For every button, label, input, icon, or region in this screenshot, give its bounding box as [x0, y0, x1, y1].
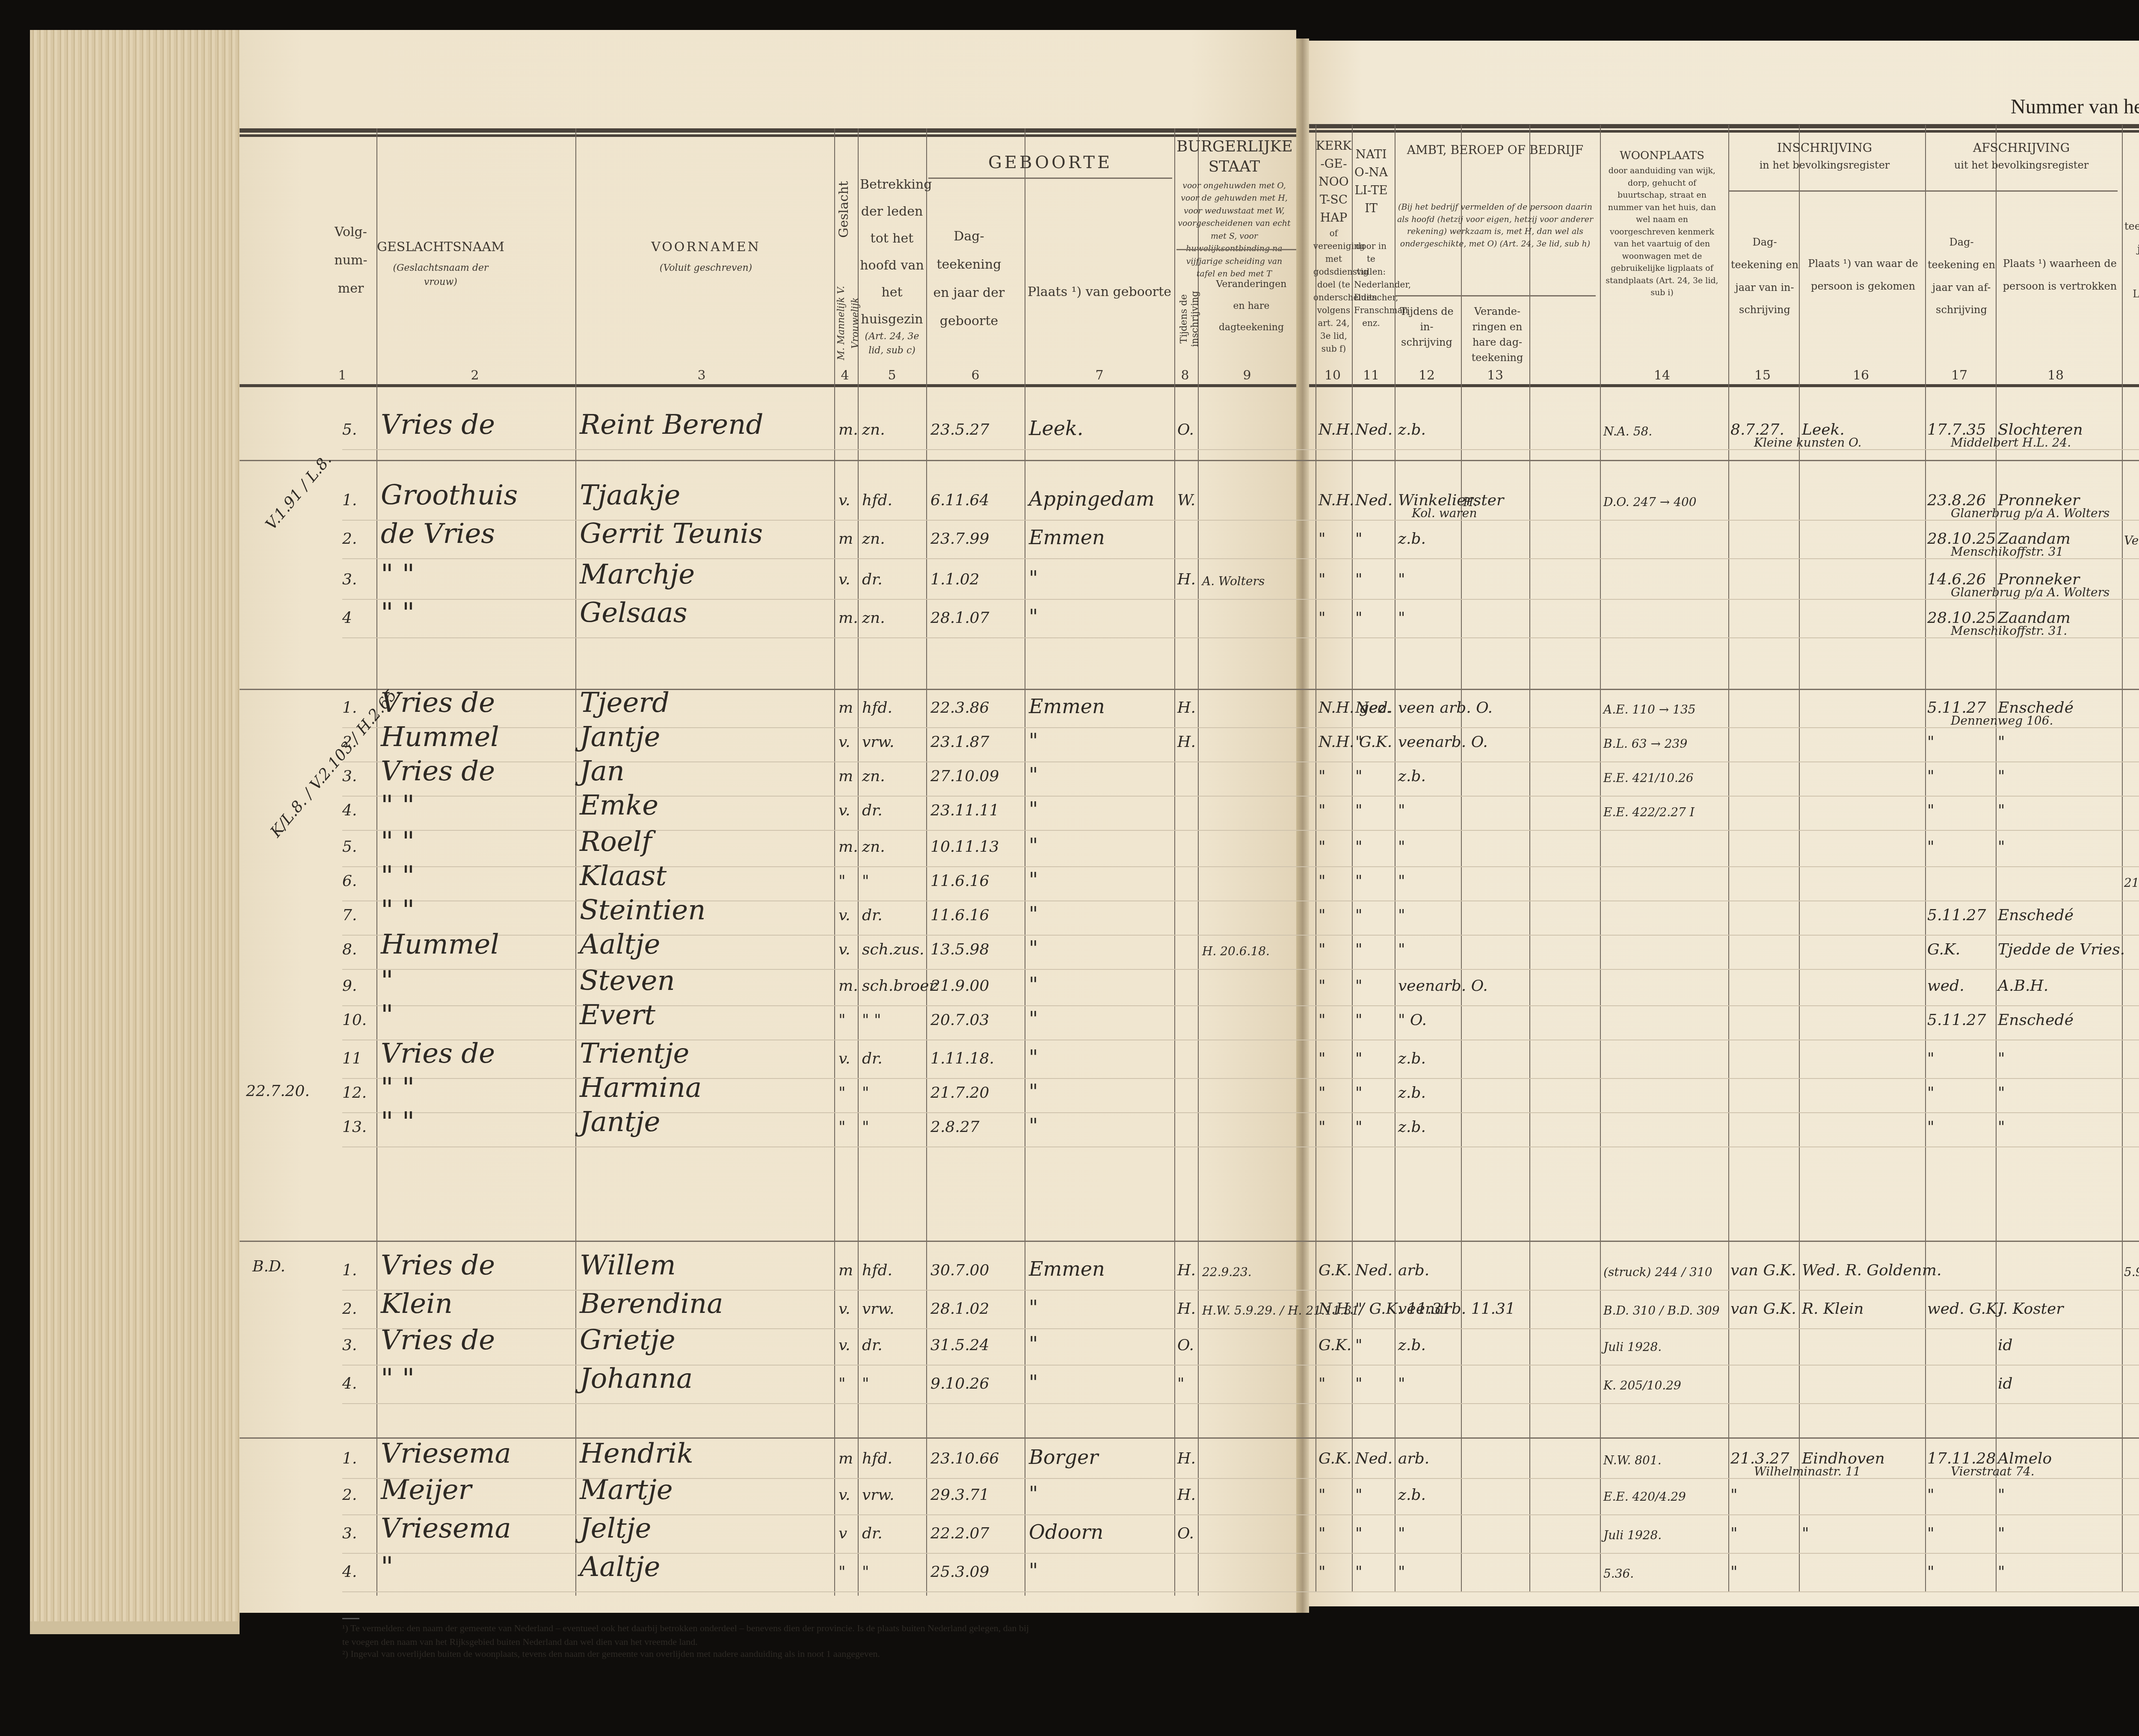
row-ruling: [342, 1591, 2139, 1592]
cell-beroep: ": [1398, 1563, 1405, 1581]
header-voornamen-sub: (Voluit geschreven): [578, 261, 834, 275]
cell-kerk: ": [1318, 571, 1326, 588]
cell-beroep: z.b.: [1398, 1486, 1426, 1504]
cell-geb-datum: 29.3.71: [930, 1486, 989, 1504]
cell-burg-ver: H. 20.6.18.: [1202, 944, 1270, 958]
cell-voornamen: Tjaakje: [580, 480, 680, 511]
cell-geslacht: ": [838, 1563, 846, 1581]
cell-betrekking: dr.: [862, 571, 883, 588]
cell-beroep: arb.: [1398, 1262, 1429, 1279]
header-top-rule-left: [240, 128, 1296, 137]
cell-woon: E.E. 421/10.26: [1603, 771, 1694, 785]
cell-geb-plaats: ": [1029, 834, 1038, 857]
cell-burg: H.: [1177, 699, 1196, 717]
cell-geslacht: ": [838, 1011, 846, 1029]
cell-geslacht: m.: [838, 838, 858, 856]
cell-nr: 1.: [342, 492, 357, 509]
cell-nr: 3.: [342, 571, 357, 588]
cell-geb-plaats: ": [1029, 1080, 1038, 1103]
cell-woon: N.W. 801.: [1603, 1453, 1662, 1467]
cell-achternaam: Groothuis: [381, 480, 518, 511]
cell-betrekking: ": [862, 1375, 869, 1392]
cell-nat: ": [1355, 1300, 1363, 1318]
cell-nat: ": [1355, 977, 1363, 995]
cell-geb-datum: 27.10.09: [930, 767, 999, 785]
cell-voornamen: Aaltje: [580, 929, 660, 960]
cell-voornamen: Grietje: [580, 1324, 675, 1356]
cell-nr: 7.: [342, 907, 357, 924]
cell-kerk: N.H.: [1318, 421, 1354, 438]
cell-burg-ver: A. Wolters: [1202, 574, 1265, 588]
cell-burg: ": [1177, 1375, 1185, 1392]
cell-kerk: ": [1318, 1050, 1326, 1067]
cell-betrekking: " ": [862, 1011, 881, 1029]
cell-geb-plaats: ": [1029, 797, 1038, 821]
cell-geb-plaats: ": [1029, 763, 1038, 786]
cell-betrekking: dr.: [862, 1336, 883, 1354]
cell-achternaam: Vriesema: [381, 1513, 511, 1544]
cell-woon: 5.36.: [1603, 1567, 1634, 1581]
cell-geslacht: v.: [838, 907, 850, 924]
cell-beroep: z.b.: [1398, 1118, 1426, 1136]
cell-kerk: ": [1318, 1118, 1326, 1136]
cell-afsch-datum: ": [1927, 733, 1935, 751]
cell-kerk: ": [1318, 977, 1326, 995]
header-geslacht-sub: M. Mannelijk V. Vrouwelijk: [834, 274, 856, 372]
header-volgnummer: Volg- num- mer: [325, 218, 376, 303]
header-bottom-rule-right: [1309, 384, 2139, 387]
cell-geb-plaats: ": [1029, 566, 1038, 590]
cell-afsch-extra: Vierstraat 74.: [1951, 1464, 2035, 1478]
cell-geslacht: m.: [838, 609, 858, 627]
insch-afsch-subrule: [1728, 190, 2118, 192]
cell-nat: ": [1355, 1011, 1363, 1029]
header-ambt: AMBT, BEROEP OF BEDRIJF: [1395, 141, 1596, 159]
cell-insch-extra: Kleine kunsten O.: [1754, 435, 1861, 450]
cell-afsch-plaats: ": [1998, 1486, 2005, 1504]
header-geboorte: GEBOORTE: [928, 150, 1172, 175]
cell-afsch-plaats: ": [1998, 1563, 2005, 1581]
cell-geb-datum: 13.5.98: [930, 941, 989, 958]
cell-afsch-plaats: ": [1998, 733, 2005, 751]
burg-subrule: [1176, 249, 1296, 250]
cell-nat: Ned.: [1355, 492, 1392, 509]
cell-beroep: ": [1398, 1375, 1405, 1392]
cell-geb-datum: 23.7.99: [930, 530, 989, 548]
cell-beroep: z.b.: [1398, 767, 1426, 785]
column-number: 13: [1482, 368, 1508, 383]
cell-burg: W.: [1177, 492, 1195, 509]
cell-geb-datum: 20.7.03: [930, 1011, 989, 1029]
column-number: 12: [1414, 368, 1440, 383]
header-burg-veranderingen: Veranderingen en hare dagteekening: [1211, 274, 1292, 339]
cell-geb-datum: 31.5.24: [930, 1336, 989, 1354]
cell-geb-datum: 1.11.18.: [930, 1050, 994, 1067]
column-divider: [1728, 125, 1729, 1592]
cell-betrekking: hfd.: [862, 1262, 892, 1279]
cell-geb-plaats: ": [1029, 1482, 1038, 1505]
cell-nr: 3.: [342, 1525, 357, 1542]
cell-geslacht: m: [838, 530, 853, 548]
cell-betrekking: dr.: [862, 1525, 883, 1542]
cell-burg-ver: 22.9.23.: [1202, 1265, 1252, 1279]
cell-nat: ": [1355, 571, 1363, 588]
cell-betrekking: vrw.: [862, 733, 895, 751]
column-number: 9: [1234, 368, 1260, 383]
cell-nr: 3.: [342, 1336, 357, 1354]
row-ruling: [342, 449, 2139, 450]
cell-geslacht: m: [838, 699, 853, 717]
cell-nr: 9.: [342, 977, 357, 995]
cell-afsch-extra: Glanerbrug p/a A. Wolters: [1951, 506, 2109, 520]
book-gutter: [1296, 39, 1309, 1613]
header-burg-tijdens: Tijdens de inschrijving: [1179, 265, 1204, 372]
cell-afsch-datum: wed.: [1927, 977, 1964, 995]
header-kerkgenootschap-sub: of vereeniging met godsdienstig doel (te…: [1313, 227, 1354, 355]
cell-geb-plaats: ": [1029, 973, 1038, 996]
cell-woon: A.E. 110 → 135: [1603, 702, 1696, 717]
cell-nr: 5.: [342, 838, 357, 856]
header-inschrijving-dag: Dag-teekening en jaar van in-schrijving: [1728, 231, 1801, 321]
column-number: 18: [2043, 368, 2068, 383]
cell-afsch-plaats: ": [1998, 1525, 2005, 1542]
cell-voornamen: Gerrit Teunis: [580, 518, 763, 550]
cell-afsch-plaats: id: [1998, 1336, 2013, 1354]
cell-achternaam: Vries de: [381, 755, 495, 787]
cell-geslacht: ": [838, 1118, 846, 1136]
cell-nat: ": [1355, 1050, 1363, 1067]
cell-geb-plaats: ": [1029, 1046, 1038, 1069]
cell-geb-plaats: ": [1029, 868, 1038, 891]
cell-nr: 1.: [342, 699, 357, 717]
header-burgerlijke-staat: BURGERLIJKE STAAT: [1176, 137, 1292, 177]
cell-beroep: ": [1398, 941, 1405, 958]
header-voornamen: VOORNAMEN: [578, 237, 834, 257]
column-divider: [926, 128, 927, 1596]
household-separator-1: [240, 460, 2139, 461]
cell-afsch-datum: ": [1927, 838, 1935, 856]
cell-betrekking: ": [862, 1563, 869, 1581]
cell-nr: 4: [342, 609, 352, 627]
header-kerkgenootschap: KERK-GE-NOOT-SCHAP: [1315, 137, 1352, 227]
cell-woon: B.D. 310 / B.D. 309: [1603, 1303, 1720, 1318]
cell-burg: H.: [1177, 1300, 1196, 1318]
cell-afsch-plaats: id: [1998, 1375, 2013, 1392]
cell-geb-datum: 22.3.86: [930, 699, 989, 717]
cell-woon: E.E. 422/2.27 I: [1603, 805, 1695, 819]
cell-nat: ": [1355, 802, 1363, 819]
cell-beroep: z.b.: [1398, 421, 1426, 438]
header-bottom-rule-left: [240, 384, 1296, 387]
cell-kerk: G.K.: [1318, 1336, 1351, 1354]
cell-geslacht: m: [838, 1262, 853, 1279]
cell-woon: N.A. 58.: [1603, 424, 1652, 438]
cell-kerk: ": [1318, 1525, 1326, 1542]
cell-geb-datum: 28.1.02: [930, 1300, 989, 1318]
column-number: 16: [1848, 368, 1874, 383]
cell-achternaam: " ": [381, 559, 415, 590]
cell-geb-plaats: ": [1029, 1296, 1038, 1319]
cell-geb-plaats: ": [1029, 1114, 1038, 1137]
cell-achternaam: Vriesema: [381, 1438, 511, 1469]
cell-betrekking: ": [862, 1118, 869, 1136]
cell-afsch-datum: ": [1927, 1525, 1935, 1542]
cell-burg: O.: [1177, 421, 1194, 438]
column-number: 1: [329, 368, 355, 383]
cell-afsch-plaats: Enschedé: [1998, 1011, 2074, 1029]
cell-afsch-datum: G.K.: [1927, 941, 1960, 958]
cell-geb-datum: 30.7.00: [930, 1262, 989, 1279]
cell-geb-datum: 28.1.07: [930, 609, 989, 627]
cell-kerk: G.K.: [1318, 1262, 1351, 1279]
cell-achternaam: Hummel: [381, 929, 499, 960]
cell-achternaam: " ": [381, 790, 415, 821]
cell-geb-plaats: ": [1029, 729, 1038, 752]
header-ambt-veranderingen: Verande-ringen en hare dag-teekening: [1463, 304, 1532, 365]
cell-kerk: ": [1318, 1375, 1326, 1392]
cell-voornamen: Roelf: [580, 826, 652, 858]
column-number: 6: [963, 368, 988, 383]
cell-kerk: ": [1318, 1084, 1326, 1102]
cell-geslacht: ": [838, 1084, 846, 1102]
cell-beroep: ": [1398, 802, 1405, 819]
cell-beroep: veenarb. O.: [1398, 977, 1488, 995]
cell-woon: (struck) 244 / 310: [1603, 1265, 1712, 1279]
cell-voornamen: Klaast: [580, 860, 667, 892]
cell-afsch-plaats: ": [1998, 1118, 2005, 1136]
cell-afsch-plaats: ": [1998, 1050, 2005, 1067]
header-ambt-sub: (Bij het bedrijf vermelden of de persoon…: [1397, 201, 1594, 250]
column-divider: [1461, 125, 1462, 1592]
cell-kerk: ": [1318, 767, 1326, 785]
cell-achternaam: de Vries: [381, 518, 495, 550]
cell-achternaam: " ": [381, 1106, 415, 1138]
cell-betrekking: hfd.: [862, 1450, 892, 1467]
cell-afsch-plaats: A.B.H.: [1998, 977, 2048, 995]
cell-voornamen: Aaltje: [580, 1551, 660, 1583]
cell-afsch-plaats: ": [1998, 802, 2005, 819]
cell-geb-datum: 11.6.16: [930, 907, 989, 924]
cell-nr: 2.: [342, 530, 357, 548]
cell-insch-extra: Wilhelminastr. 11: [1754, 1464, 1861, 1478]
margin-date-note: 22.7.20.: [246, 1082, 310, 1100]
cell-beroep: ": [1398, 609, 1405, 627]
column-divider: [1799, 125, 1800, 1592]
column-number: 10: [1320, 368, 1345, 383]
household-separator-4: [240, 1437, 2139, 1439]
cell-afsch-datum: ": [1927, 1118, 1935, 1136]
column-divider: [1174, 128, 1175, 1596]
cell-geb-datum: 1.1.02: [930, 571, 980, 588]
cell-afsch-datum: ": [1927, 802, 1935, 819]
cell-betrekking: hfd.: [862, 492, 892, 509]
cell-achternaam: " ": [381, 1072, 415, 1104]
column-divider: [376, 128, 377, 1596]
header-geslachtsnaam-sub: (Geslachtsnaam der vrouw): [376, 261, 505, 289]
cell-afsch-plaats: Enschedé: [1998, 907, 2074, 924]
cell-woon: Juli 1928.: [1603, 1340, 1662, 1354]
header-geslacht: Geslacht: [834, 163, 856, 257]
column-number: 2: [462, 368, 488, 383]
header-inschrijving: INSCHRIJVING: [1728, 139, 1921, 157]
cell-nr: 11: [342, 1050, 362, 1067]
cell-burg: H.: [1177, 571, 1196, 588]
cell-nr: 4.: [342, 802, 357, 819]
cell-afsch-datum: wed. G.K.: [1927, 1300, 2002, 1318]
cell-nr: 3.: [342, 767, 357, 785]
cell-geslacht: v.: [838, 941, 850, 958]
cell-woon: Juli 1928.: [1603, 1528, 1662, 1542]
cell-voornamen: Johanna: [580, 1363, 693, 1395]
cell-nat: ": [1355, 1084, 1363, 1102]
cell-voornamen: Hendrik: [580, 1438, 693, 1469]
cell-nr: 10.: [342, 1011, 367, 1029]
column-number: 5: [879, 368, 905, 383]
cell-afsch-extra: Menschikoffstr. 31.: [1951, 624, 2067, 638]
cell-voornamen: Evert: [580, 999, 655, 1031]
cell-achternaam: Meijer: [381, 1474, 471, 1506]
header-afschrijving-dag: Dag-teekening en jaar van af-schrijving: [1925, 231, 1998, 321]
cell-kerk: ": [1318, 838, 1326, 856]
cell-geslacht: v.: [838, 1050, 850, 1067]
cell-afsch-plaats: J. Koster: [1998, 1300, 2064, 1318]
cell-geslacht: m: [838, 767, 853, 785]
cell-woon: E.E. 420/4.29: [1603, 1490, 1686, 1504]
cell-beroep: z.b.: [1398, 1336, 1426, 1354]
column-number: 8: [1172, 368, 1198, 383]
book-page-stack-left: [30, 30, 240, 1634]
column-number: 15: [1750, 368, 1775, 383]
cell-betrekking: vrw.: [862, 1300, 895, 1318]
header-nationaliteit-sub: door in te vullen: Nederlander, Duitsche…: [1354, 240, 1388, 329]
cell-insch-datum: ": [1730, 1525, 1738, 1542]
cell-voornamen: Jan: [580, 755, 625, 787]
cell-achternaam: ": [381, 1551, 393, 1583]
header-geboorte-plaats: Plaats ¹) van geboorte: [1027, 278, 1172, 306]
cell-kerk: G.K.: [1318, 1450, 1351, 1467]
cell-voornamen: Reint Berend: [580, 409, 763, 441]
cell-beroep: ": [1398, 838, 1405, 856]
cell-betrekking: ": [862, 872, 869, 890]
cell-voornamen: Emke: [580, 790, 658, 821]
cell-voornamen: Steintien: [580, 895, 705, 926]
cell-nr: 12.: [342, 1084, 367, 1102]
header-afschrijving: AFSCHRIJVING: [1925, 139, 2118, 157]
cell-nat: Ned.: [1355, 699, 1392, 717]
cell-beroep-extra: Kol. waren: [1412, 506, 1477, 520]
header-geboorte-dag: Dag-teekening en jaar der geboorte: [928, 222, 1010, 335]
cell-kerk: ": [1318, 802, 1326, 819]
cell-voornamen: Jeltje: [580, 1513, 651, 1544]
cell-nat: ": [1355, 1486, 1363, 1504]
cell-voornamen: Tjeerd: [580, 687, 670, 719]
column-number: 14: [1649, 368, 1675, 383]
cell-nr: 2.: [342, 1300, 357, 1318]
cell-overl: 5.9.29.: [2124, 1265, 2139, 1279]
cell-betrekking: zn.: [862, 838, 885, 856]
column-divider: [575, 128, 576, 1596]
cell-kerk: ": [1318, 907, 1326, 924]
header-inschrijving-sub: in het bevolkingsregister: [1728, 157, 1921, 173]
column-divider: [1996, 125, 1997, 1592]
cell-nr: 4.: [342, 1563, 357, 1581]
cell-geslacht: v.: [838, 492, 850, 509]
cell-achternaam: " ": [381, 1363, 415, 1395]
header-geslachtsnaam: GESLACHTSNAAM: [376, 237, 505, 257]
cell-nr: 1.: [342, 1450, 357, 1467]
cell-nat: ": [1355, 872, 1363, 890]
cell-nat: ": [1355, 907, 1363, 924]
cell-betrekking: dr.: [862, 907, 883, 924]
cell-geb-datum: 25.3.09: [930, 1563, 989, 1581]
header-overlijden: Dag-teekening en jaar van OVER-LIJDEN ²): [2122, 193, 2139, 305]
cell-geslacht: v: [838, 1525, 847, 1542]
cell-kerk: ": [1318, 941, 1326, 958]
row-ruling: [342, 1146, 2139, 1147]
header-woonplaats: WOONPLAATS: [1600, 148, 1724, 164]
header-ambt-tijdens: Tijdens de in-schrijving: [1395, 304, 1459, 350]
cell-voornamen: Willem: [580, 1250, 676, 1281]
cell-nat: ": [1355, 767, 1363, 785]
cell-achternaam: Vries de: [381, 1250, 495, 1281]
cell-insch-datum: ": [1730, 1563, 1738, 1581]
cell-overl: Veenweg No. 297: [2124, 533, 2139, 548]
cell-burg: H.: [1177, 733, 1196, 751]
cell-geslacht: ": [838, 1375, 846, 1392]
cell-insch-plaats: Wed. R. Goldenm.: [1802, 1262, 1941, 1279]
cell-voornamen: Marchje: [580, 559, 695, 590]
cell-kerk: N.H.: [1318, 492, 1354, 509]
cell-betrekking: zn.: [862, 767, 885, 785]
cell-geslacht: v.: [838, 802, 850, 819]
cell-geb-plaats: Emmen: [1029, 526, 1105, 549]
header-afschrijving-plaats: Plaats ¹) waarheen de persoon is vertrok…: [2002, 252, 2118, 298]
column-divider: [1025, 128, 1025, 1596]
cell-voornamen: Trientje: [580, 1038, 689, 1069]
cell-woon: B.L. 63 → 239: [1603, 737, 1687, 751]
cell-beroep: " O.: [1398, 1011, 1427, 1029]
cell-insch-plaats: ": [1802, 1525, 1809, 1542]
cell-beroep: veen arb. O.: [1398, 699, 1493, 717]
cell-voornamen: Gelsaas: [580, 597, 687, 629]
cell-betrekking: vrw.: [862, 1486, 895, 1504]
household-separator-3: [240, 1241, 2139, 1242]
cell-geb-datum: 11.6.16: [930, 872, 989, 890]
cell-betrekking: sch.zus.: [862, 941, 924, 958]
cell-nat: ": [1355, 1118, 1363, 1136]
cell-geb-datum: 23.11.11: [930, 802, 999, 819]
cell-beroep: ": [1398, 872, 1405, 890]
cell-geb-datum: 9.10.26: [930, 1375, 989, 1392]
cell-nat: Ned.: [1355, 1262, 1392, 1279]
header-afschrijving-sub: uit het bevolkingsregister: [1925, 157, 2118, 173]
cell-geb-datum: 10.11.13: [930, 838, 999, 856]
cell-afsch-datum: 5.11.27: [1927, 907, 1986, 924]
cell-geb-plaats: Borger: [1029, 1446, 1098, 1469]
cell-geb-datum: 23.10.66: [930, 1450, 999, 1467]
cell-achternaam: ": [381, 965, 393, 997]
cell-insch-datum: van G.K.: [1730, 1300, 1796, 1318]
cell-afsch-datum: ": [1927, 767, 1935, 785]
cell-betrekking: zn.: [862, 609, 885, 627]
footnote-2: ²) Ingeval van overlijden buiten de woon…: [342, 1647, 1035, 1661]
cell-geslacht: v.: [838, 1486, 850, 1504]
column-number: 4: [832, 368, 858, 383]
cell-afsch-datum: ": [1927, 1050, 1935, 1067]
household-separator-2: [240, 689, 2139, 690]
cell-beroep: z.b.: [1398, 530, 1426, 548]
cell-geslacht: ": [838, 872, 846, 890]
